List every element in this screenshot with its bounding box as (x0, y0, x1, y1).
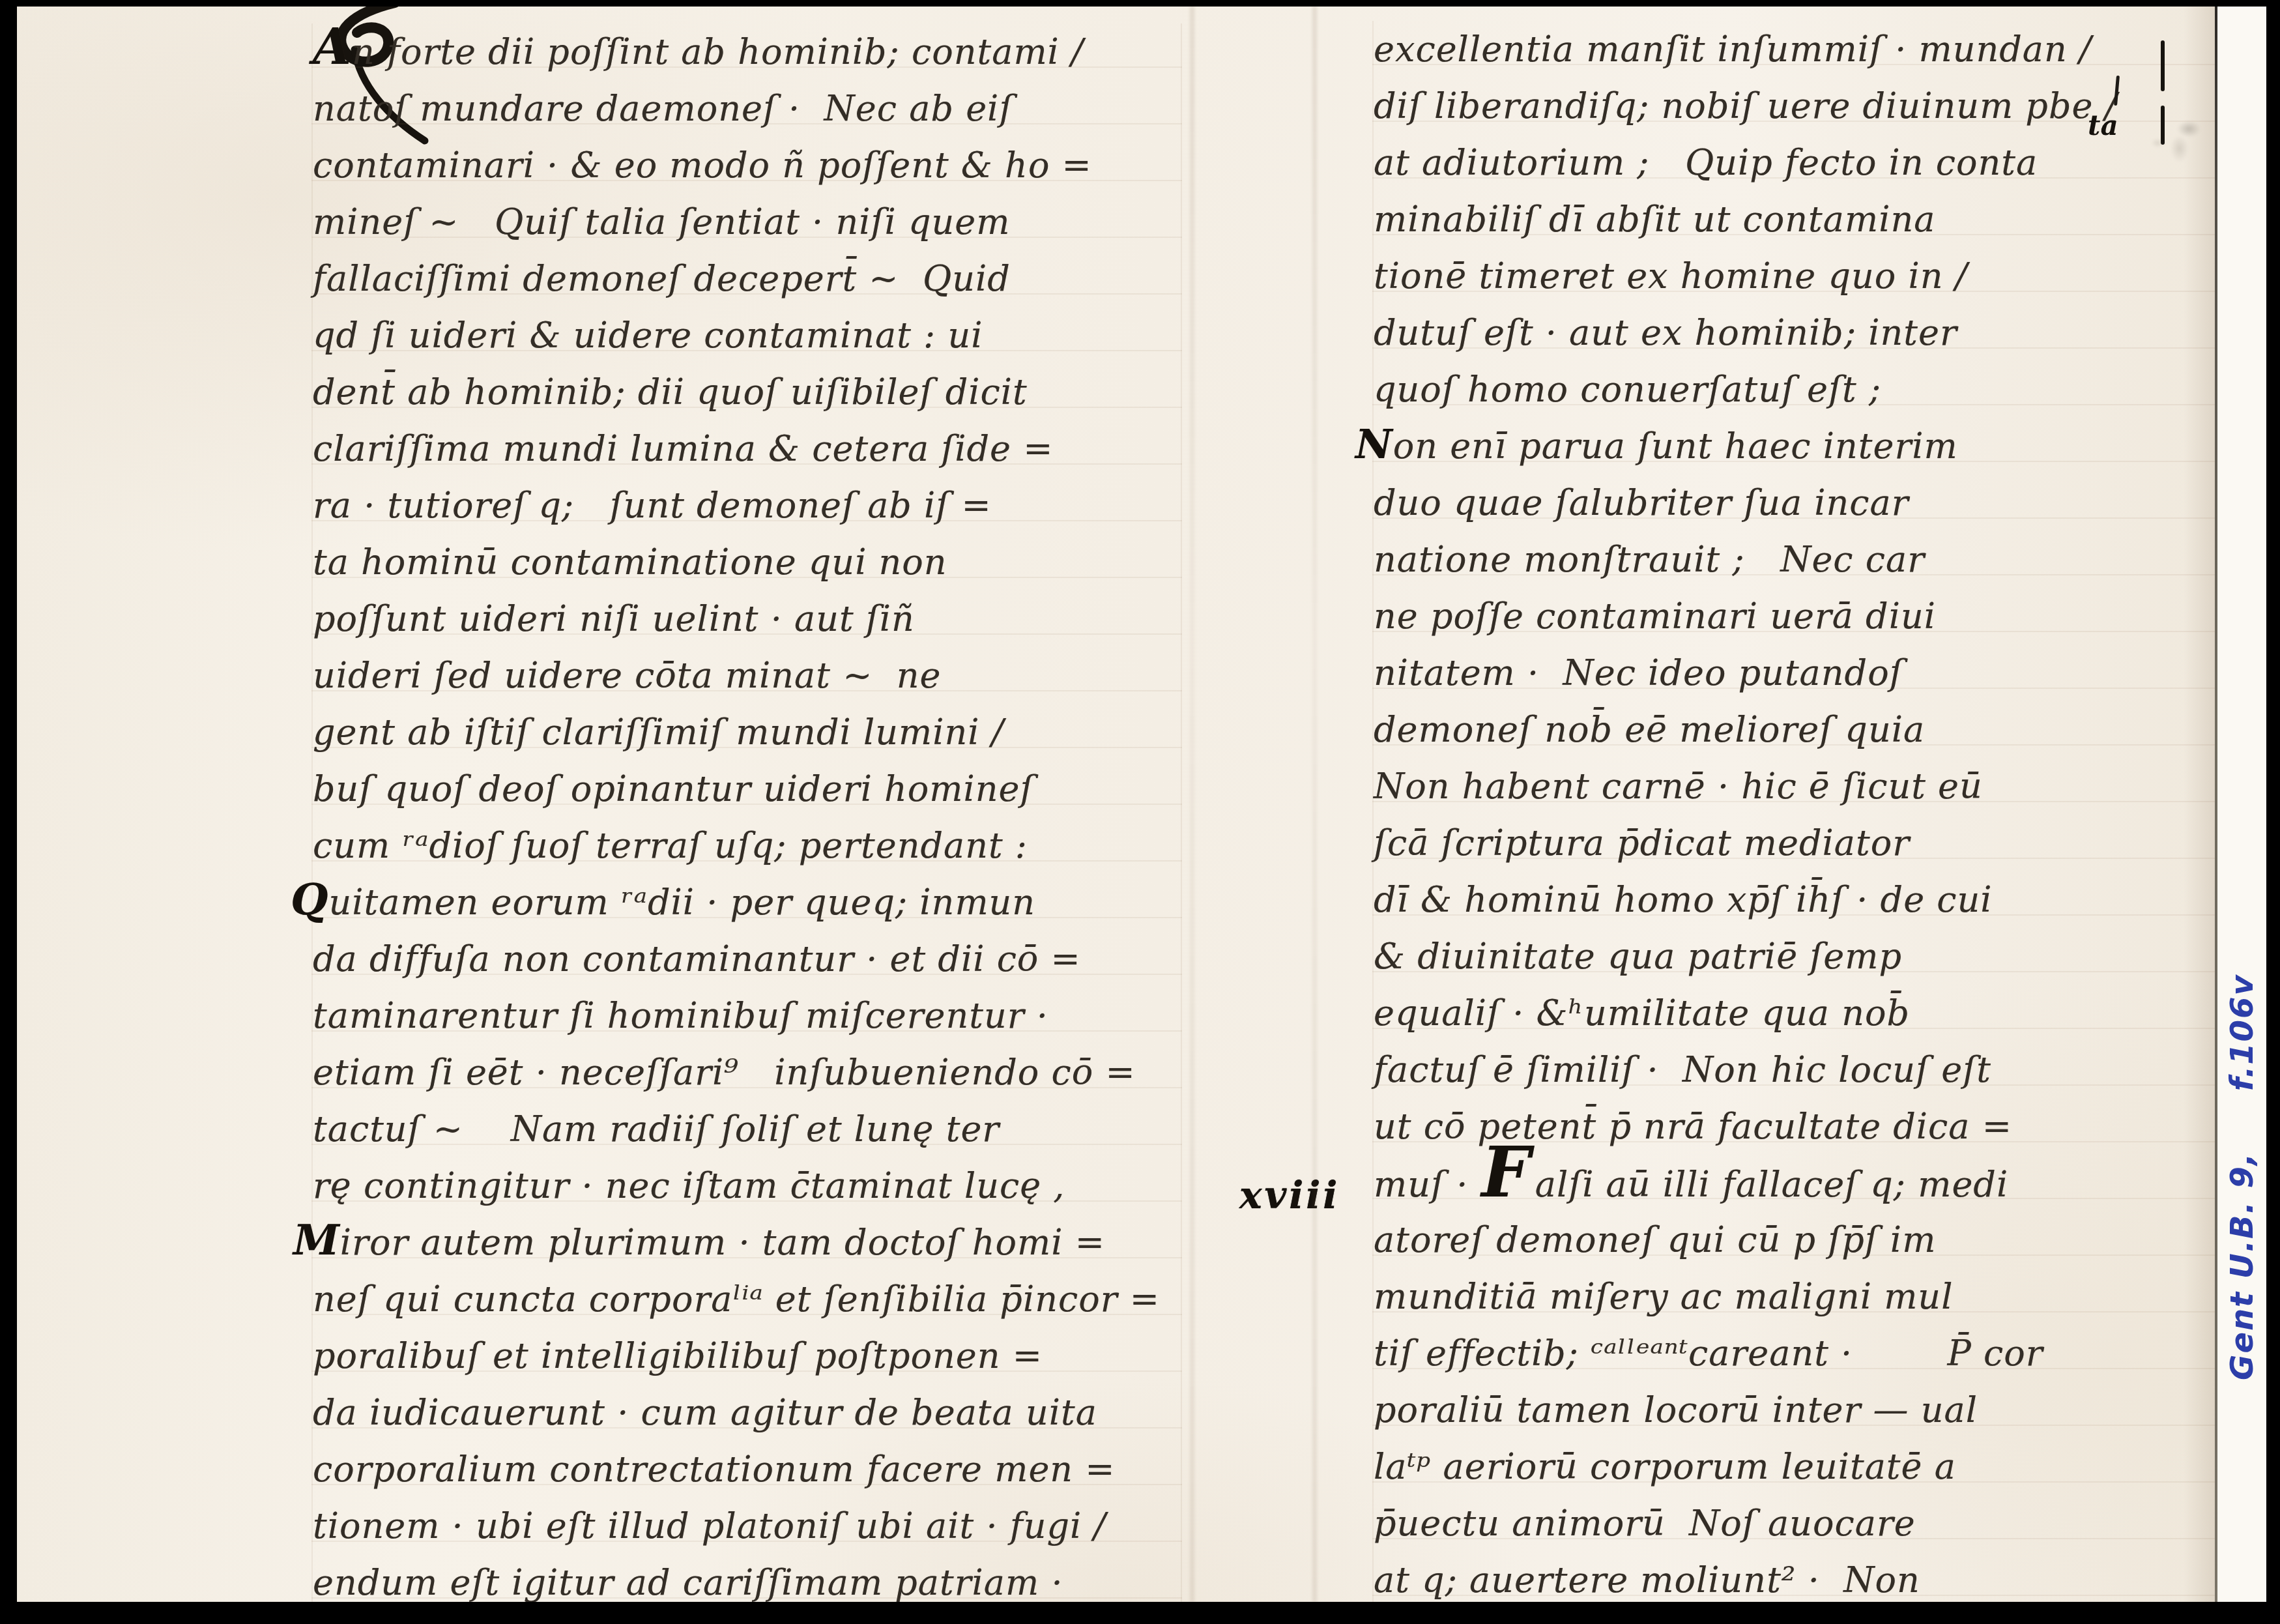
text-line: Non habent carnē · hic ē ſicut eū (1374, 758, 2215, 815)
text-line: contaminari · & eo modo ñ poſſent & ho = (313, 137, 1181, 194)
parchment-page: An forte dii poſſint ab hominib; contami… (17, 7, 2215, 1602)
text-line: p̄uectu animorū Noſ auocare (1374, 1495, 2215, 1552)
text-line: clariſſima mundi lumina & cetera ſide = (313, 420, 1181, 477)
line-text: rę contingitur · nec iſtam c̄taminat luc… (313, 1165, 1065, 1206)
text-line: tionem · ubi eſt illud platoniſ ubi ait … (313, 1498, 1181, 1554)
line-text: dī & hominū homo xp̄ſ ih̄ſ · de cui (1374, 879, 1993, 920)
margin-correction-ta: ta (2088, 109, 2118, 141)
line-text: tactuſ ~ Nam radiiſ ſoliſ et lunę ter (313, 1109, 1000, 1150)
text-line: poralibuſ et intelligibilibuſ poſtponen … (313, 1327, 1181, 1384)
line-initial-capital: N (1355, 427, 1393, 462)
text-line: ra · tutioreſ q; ſunt demoneſ ab iſ = (313, 477, 1181, 534)
text-line: duo quae ſalubriter ſua incar (1374, 474, 2215, 531)
line-text: poralibuſ et intelligibilibuſ poſtponen … (313, 1335, 1043, 1376)
text-line: demoneſ nob̄ eē melioreſ quia (1374, 701, 2215, 758)
text-line: at q; auertere moliunt² · Non (1374, 1552, 2215, 1602)
line-text: laᵗᵖ aeriorū corporum leuitatē a (1374, 1446, 1956, 1487)
line-text: contaminari · & eo modo ñ poſſent & ho = (313, 145, 1092, 186)
line-text: Non habent carnē · hic ē ſicut eū (1374, 766, 1983, 807)
line-text: corporalium contrectationum facere men = (313, 1449, 1116, 1490)
line-text: n forte dii poſſint ab hominib; contami … (352, 31, 1084, 72)
line-text: etiam ſi eēt · neceſſari⁹ inſubueniendo … (313, 1052, 1136, 1093)
line-text: taminarentur ſi hominibuſ miſcerentur · (313, 995, 1048, 1036)
line-text: factuſ ē ſimiliſ · Non hic locuſ eſt (1374, 1049, 1991, 1090)
line-text: natoſ mundare daemoneſ · Nec ab eiſ (313, 88, 1013, 129)
line-text: ut cō petent̄ p̄ nrā facultate dica = (1374, 1106, 2012, 1147)
text-line: qd ſi uideri & uidere contaminat : ui (313, 307, 1181, 364)
text-line: cum ʳᵃdioſ ſuoſ terraſ uſq; pertendant : (313, 817, 1181, 874)
line-text: buſ quoſ deoſ opinantur uideri homineſ (313, 768, 1034, 809)
line-text: diſ liberandiſq; nobiſ uere diuinum pbe … (1374, 85, 2118, 126)
line-initial-capital: A (313, 29, 352, 65)
line-text: equaliſ · &ʰumilitate qua nob̄ (1374, 993, 1910, 1034)
text-line: natoſ mundare daemoneſ · Nec ab eiſ (313, 80, 1181, 137)
line-text: minabiliſ dī abſit ut contamina (1374, 199, 1935, 240)
line-text: munditiā miſery ac maligni mul (1374, 1276, 1953, 1317)
line-text: on enī parua ſunt haec interim (1393, 426, 1958, 467)
right-text-column: excellentia manſit inſummiſ · mundan / d… (1372, 21, 2215, 1602)
line-text: ta hominū contaminatione qui non (313, 542, 947, 583)
text-line: uideri ſed uidere cōta minat ~ ne (313, 647, 1181, 704)
text-line: dutuſ eſt · aut ex hominib; inter (1374, 304, 2215, 361)
gutter-crease (1190, 7, 1194, 1602)
line-text: qd ſi uideri & uidere contaminat : ui (313, 315, 983, 356)
text-line: muſ · Falſi aū illi fallaceſ q; medi (1374, 1155, 2215, 1211)
text-line: tionē timeret ex homine quo in / (1374, 248, 2215, 304)
line-initial-capital: M (293, 1223, 340, 1258)
line-text: ſcā ſcriptura p̄dicat mediator (1374, 822, 1910, 863)
line-text: demoneſ nob̄ eē melioreſ quia (1374, 709, 1925, 750)
line-text: duo quae ſalubriter ſua incar (1374, 482, 1909, 523)
line-text: alſi aū illi fallaceſ q; medi (1535, 1164, 2008, 1205)
line-text: at q; auertere moliunt² · Non (1374, 1559, 1920, 1601)
margin-dash-mark (2161, 40, 2165, 91)
shelfmark-blue-note: Gent U.B. 9, f.106v (2224, 974, 2260, 1380)
text-line: rę contingitur · nec iſtam c̄taminat luc… (313, 1157, 1181, 1214)
text-line: atoreſ demoneſ qui cū p ſp̄ſ im (1374, 1211, 2215, 1268)
line-text: cum ʳᵃdioſ ſuoſ terraſ uſq; pertendant : (313, 825, 1028, 866)
line-text: da iudicauerunt · cum agitur de beata ui… (313, 1392, 1097, 1433)
text-line: etiam ſi eēt · neceſſari⁹ inſubueniendo … (313, 1044, 1181, 1101)
line-text: quoſ homo conuerſatuſ eſt ; (1374, 369, 1881, 410)
manuscript-photo: An forte dii poſſint ab hominib; contami… (0, 0, 2280, 1624)
text-line: ne poſſe contaminari uerā diui (1374, 588, 2215, 645)
text-line: munditiā miſery ac maligni mul (1374, 1268, 2215, 1325)
line-text: muſ · (1374, 1164, 1480, 1205)
line-text: endum eſt igitur ad cariſſimam patriam · (313, 1562, 1063, 1602)
text-line: factuſ ē ſimiliſ · Non hic locuſ eſt (1374, 1041, 2215, 1098)
text-line: minabiliſ dī abſit ut contamina (1374, 191, 2215, 248)
line-text: clariſſima mundi lumina & cetera ſide = (313, 428, 1053, 469)
line-text: ne poſſe contaminari uerā diui (1374, 596, 1936, 637)
text-line: neſ qui cuncta corporaˡⁱᵃ et ſenſibilia … (313, 1271, 1181, 1327)
line-text: uitamen eorum ʳᵃdii · per queq; inmun (329, 882, 1036, 923)
text-line: ſcā ſcriptura p̄dicat mediator (1374, 815, 2215, 871)
line-text: tionem · ubi eſt illud platoniſ ubi ait … (313, 1505, 1106, 1546)
line-text: iror autem plurimum · tam doctoſ homi = (340, 1222, 1105, 1263)
photo-paper-strip: Gent U.B. 9, f.106v (2217, 7, 2266, 1602)
line-text: fallaciſſimi demoneſ decepert̄ ~ Quid (313, 258, 1011, 299)
text-line: dent̄ ab hominib; dii quoſ uiſibileſ dic… (313, 364, 1181, 420)
text-line: dī & hominū homo xp̄ſ ih̄ſ · de cui (1374, 871, 2215, 928)
line-text: tionē timeret ex homine quo in / (1374, 255, 1968, 297)
text-line: tiſ effectib; ᶜᵃˡˡᵉᵃⁿᵗcareant · P̄ cor (1374, 1325, 2215, 1382)
text-line: tactuſ ~ Nam radiiſ ſoliſ et lunę ter (313, 1101, 1181, 1157)
line-text: atoreſ demoneſ qui cū p ſp̄ſ im (1374, 1219, 1936, 1260)
line-text: excellentia manſit inſummiſ · mundan / (1374, 29, 2092, 70)
text-line: fallaciſſimi demoneſ decepert̄ ~ Quid (313, 250, 1181, 307)
text-line: quoſ homo conuerſatuſ eſt ; (1374, 361, 2215, 418)
line-initial-capital: Q (291, 882, 329, 917)
text-line: natione monſtrauit ; Nec car (1374, 531, 2215, 588)
line-text: poſſunt uideri niſi uelint · aut ſiñ (313, 598, 915, 639)
text-line: corporalium contrectationum facere men = (313, 1441, 1181, 1498)
line-text: dent̄ ab hominib; dii quoſ uiſibileſ dic… (313, 371, 1028, 413)
text-line: & diuinitate qua patriē ſemp (1374, 928, 2215, 985)
line-text: ra · tutioreſ q; ſunt demoneſ ab iſ = (313, 485, 992, 526)
line-text: mineſ ~ Quiſ talia ſentiat · niſi quem (313, 201, 1010, 242)
text-line: buſ quoſ deoſ opinantur uideri homineſ (313, 761, 1181, 817)
chapter-number-marginal: xviii (1239, 1173, 1340, 1217)
text-line: An forte dii poſſint ab hominib; contami… (313, 23, 1181, 80)
text-line: excellentia manſit inſummiſ · mundan / (1374, 21, 2215, 78)
text-line: ta hominū contaminatione qui non (313, 534, 1181, 590)
line-text: neſ qui cuncta corporaˡⁱᵃ et ſenſibilia … (313, 1279, 1160, 1320)
text-line: Quitamen eorum ʳᵃdii · per queq; inmun (313, 874, 1181, 931)
line-text: p̄uectu animorū Noſ auocare (1374, 1503, 1916, 1544)
text-line: poſſunt uideri niſi uelint · aut ſiñ (313, 590, 1181, 647)
page-edge-shadow (2184, 7, 2215, 1602)
text-line: mineſ ~ Quiſ talia ſentiat · niſi quem (313, 194, 1181, 250)
text-line: taminarentur ſi hominibuſ miſcerentur · (313, 987, 1181, 1044)
text-line: endum eſt igitur ad cariſſimam patriam · (313, 1554, 1181, 1602)
text-line: laᵗᵖ aeriorū corporum leuitatē a (1374, 1438, 2215, 1495)
text-line: poraliū tamen locorū inter — ual (1374, 1382, 2215, 1438)
line-text: tiſ effectib; ᶜᵃˡˡᵉᵃⁿᵗcareant · P̄ cor (1374, 1333, 2043, 1374)
line-text: & diuinitate qua patriē ſemp (1374, 936, 1902, 977)
gutter-crease (1312, 7, 1317, 1602)
line-text: gent ab iſtiſ clariſſimiſ mundi lumini / (313, 712, 1004, 753)
text-line: da diffuſa non contaminantur · et dii cō… (313, 931, 1181, 987)
line-text: natione monſtrauit ; Nec car (1374, 539, 1925, 580)
left-text-column: An forte dii poſſint ab hominib; contami… (311, 23, 1182, 1602)
line-text: poraliū tamen locorū inter — ual (1374, 1389, 1978, 1430)
line-text: da diffuſa non contaminantur · et dii cō… (313, 938, 1081, 979)
text-line: equaliſ · &ʰumilitate qua nob̄ (1374, 985, 2215, 1041)
text-line: Miror autem plurimum · tam doctoſ homi = (313, 1214, 1181, 1271)
line-text: nitatem · Nec ideo putandoſ (1374, 652, 1903, 693)
line-text: uideri ſed uidere cōta minat ~ ne (313, 655, 941, 696)
line-initial-capital: F (1481, 1155, 1531, 1190)
text-line: at adiutorium ; Quip fecto in conta (1374, 134, 2215, 191)
line-text: dutuſ eſt · aut ex hominib; inter (1374, 312, 1957, 353)
text-line: Non enī parua ſunt haec interim (1374, 418, 2215, 474)
text-line: da iudicauerunt · cum agitur de beata ui… (313, 1384, 1181, 1441)
text-line: gent ab iſtiſ clariſſimiſ mundi lumini / (313, 704, 1181, 761)
text-line: nitatem · Nec ideo putandoſ (1374, 645, 2215, 701)
line-text: at adiutorium ; Quip fecto in conta (1374, 142, 2038, 183)
